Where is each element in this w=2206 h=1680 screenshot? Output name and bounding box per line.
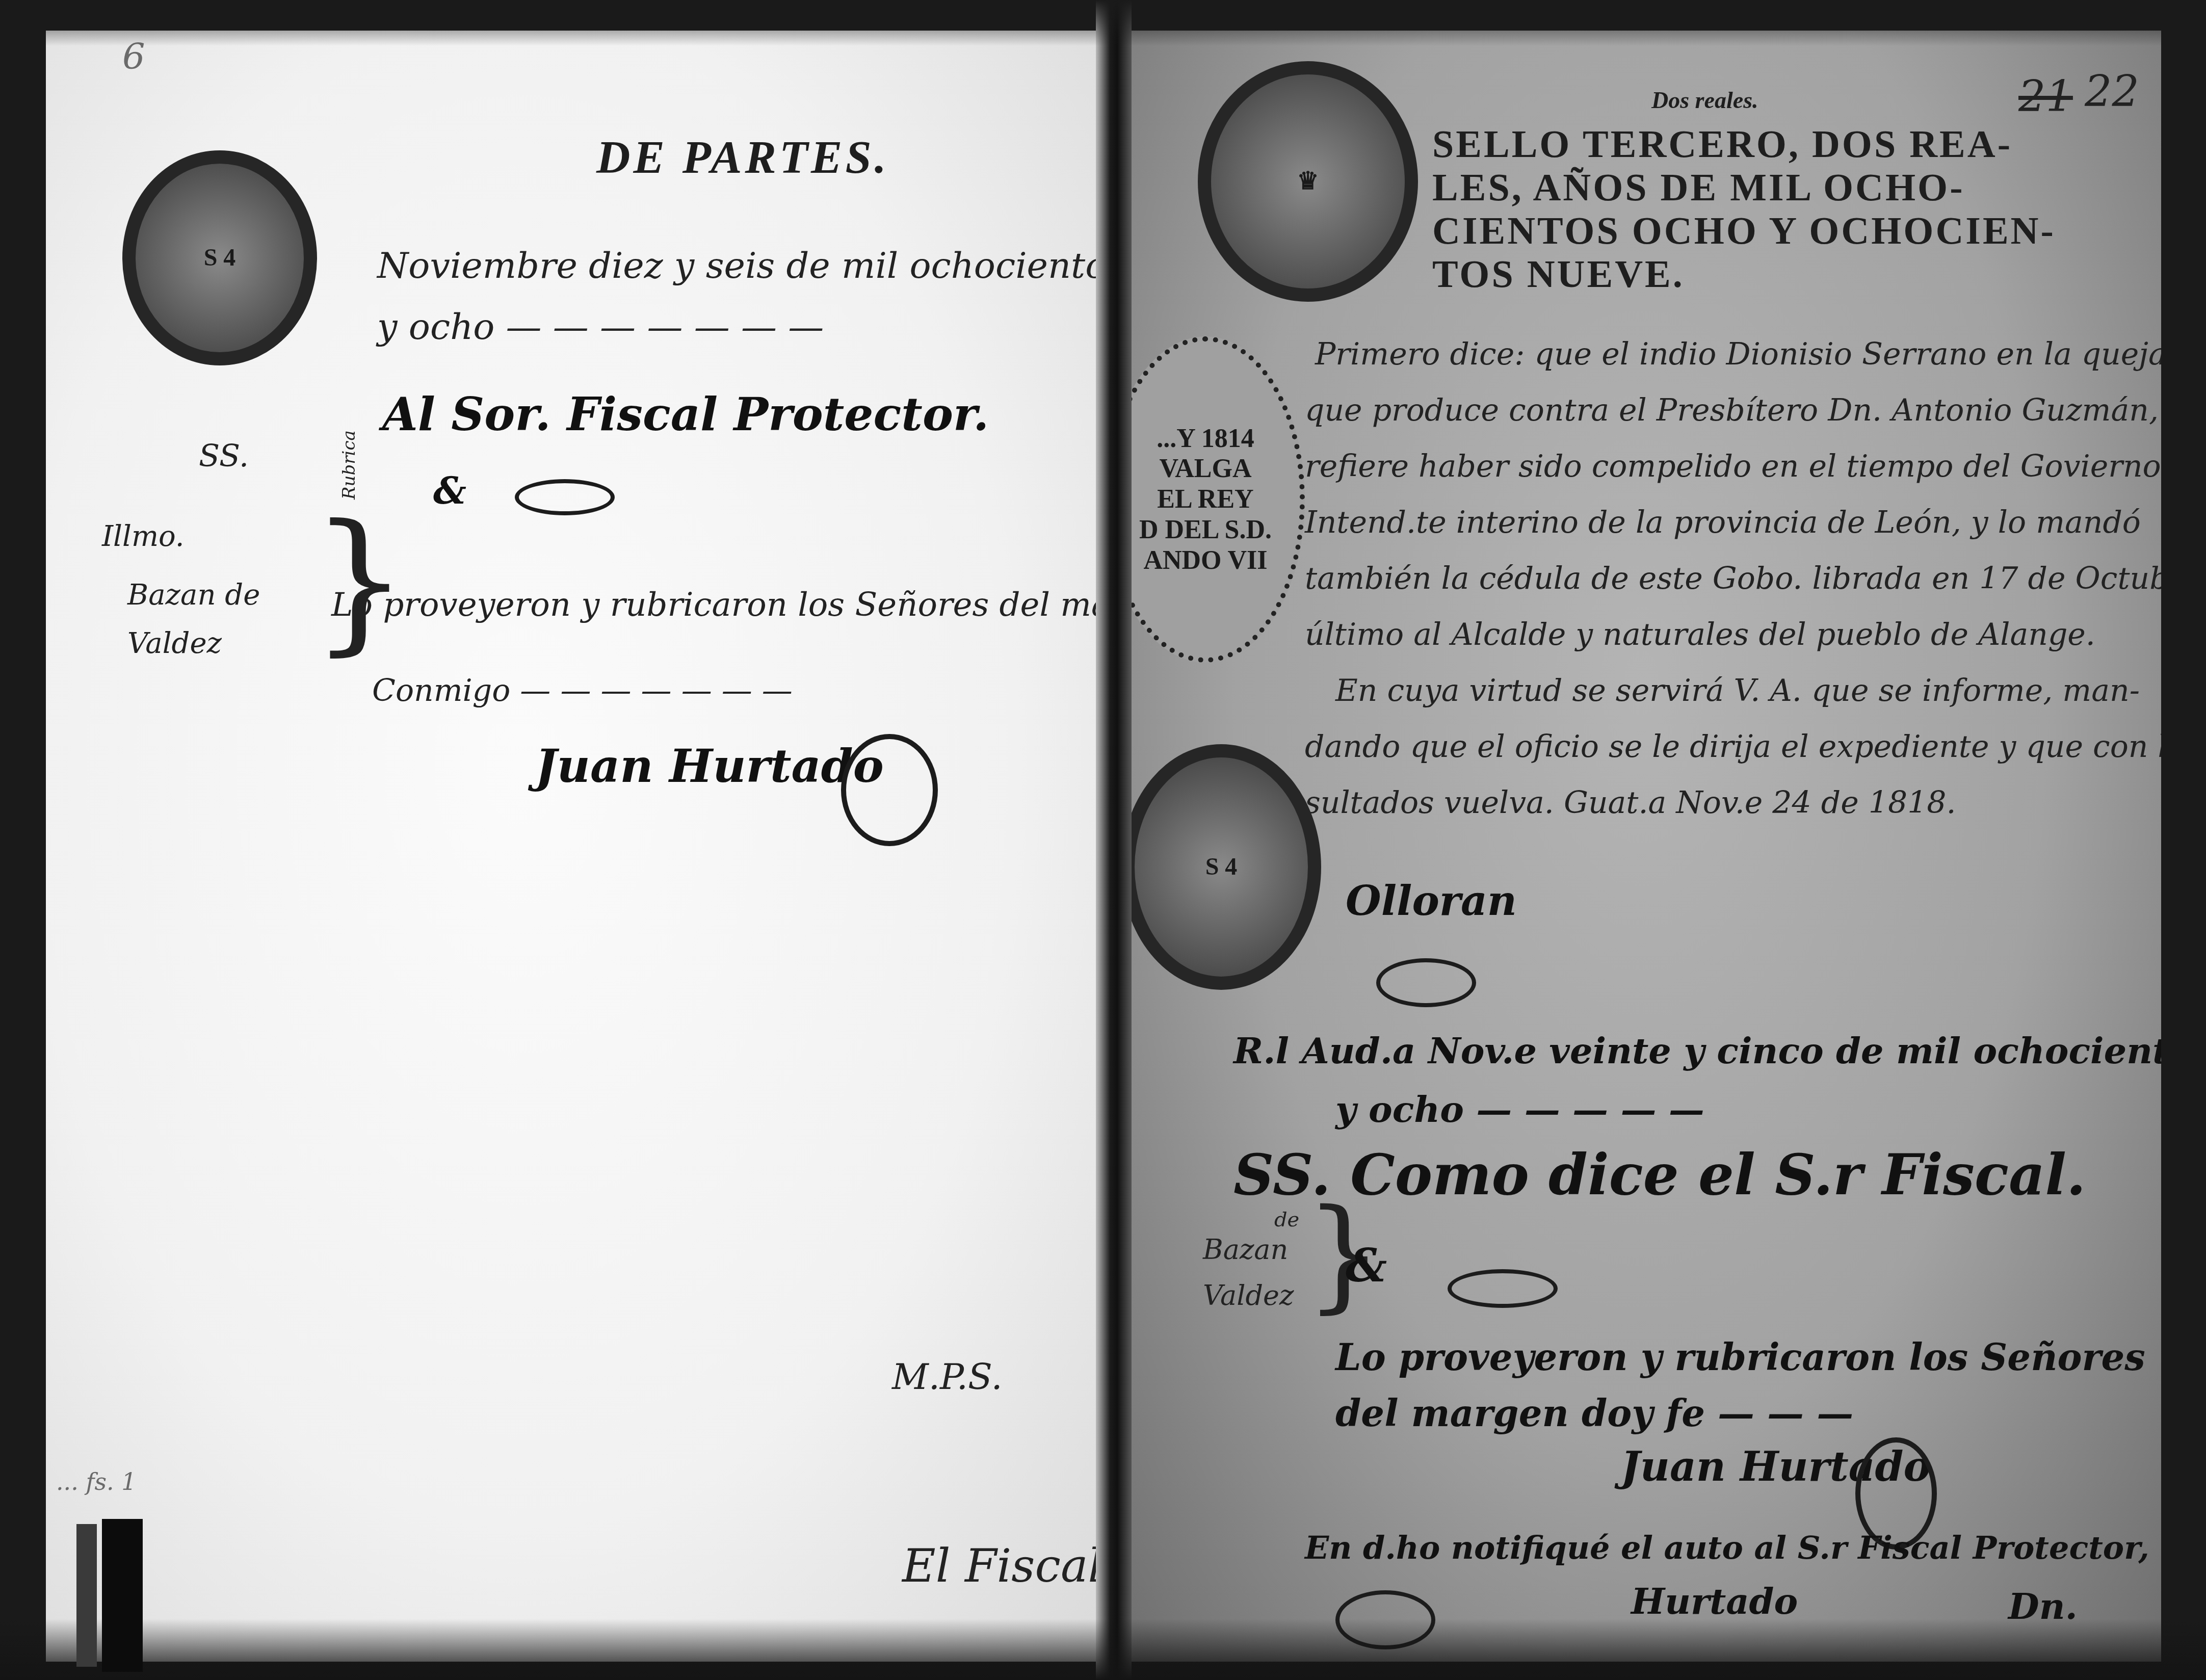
decree-line-1: R.l Aud.a Nov.e veinte y cinco de mil oc…: [1233, 1030, 2161, 1072]
margin-name-valdez: Valdez: [1203, 1279, 1294, 1311]
closing-line-2: del margen doy fe — — —: [1335, 1392, 1853, 1435]
body-line-1: Primero dice: que el indio Dionisio Serr…: [1315, 336, 2161, 372]
overstamp-seal: ...Y 1814 VALGA EL REY D DEL S.D. ANDO V…: [1121, 336, 1305, 663]
signature-flourish-icon: [841, 734, 938, 846]
rubric-mark-right: &: [1346, 1239, 1387, 1293]
price-line: Dos reales.: [1651, 87, 1758, 114]
body-line-4: Intend.te interino de la provincia de Le…: [1305, 505, 2141, 540]
official-seal-left: S 4: [122, 150, 317, 365]
margin-name-2: Bazan de: [127, 579, 260, 612]
text-line-1: Noviembre diez y seis de mil ochocientos…: [377, 245, 1106, 286]
bottom-shadow: [0, 1619, 2206, 1680]
closing-line-4: En d.ho notifiqué el auto al S.r Fiscal …: [1305, 1529, 2161, 1566]
left-page: 6 DE PARTES. S 4 Noviembre diez y seis d…: [46, 31, 1106, 1662]
signature-juan-hurtado: Juan Hurtado: [535, 739, 884, 793]
stamp-header-line-4: TOS NUEVE.: [1432, 252, 1685, 297]
seal-center-text: S 4: [204, 245, 236, 272]
royal-crest-icon: ♛: [1297, 168, 1319, 195]
overstamp-line-4: D DEL S.D.: [1121, 515, 1300, 545]
text-line-7: Conmigo — — — — — — —: [372, 673, 793, 708]
folio-number: 22: [2085, 66, 2139, 116]
body-line-8: dando que el oficio se le dirija el expe…: [1305, 729, 2161, 765]
stamp-header-line-3: CIENTOS OCHO Y OCHOCIEN-: [1432, 209, 2056, 253]
printed-header: DE PARTES.: [596, 130, 889, 184]
decree-line-2: y ocho — — — — —: [1335, 1088, 1704, 1131]
margin-rubric-label: Rubrica: [339, 430, 359, 500]
binding-strip: [102, 1519, 143, 1672]
body-line-9: sultados vuelva. Guat.a Nov.e 24 de 1818…: [1305, 785, 1956, 821]
folio-number-struck: 21: [2018, 71, 2073, 121]
margin-name-de: de: [1274, 1208, 1299, 1231]
bottom-left-note: ... fs. 1: [56, 1468, 137, 1495]
overstamp-line-5: ANDO VII: [1121, 545, 1300, 576]
overstamp-line-1: ...Y 1814: [1121, 424, 1300, 454]
rubric-mark: &: [433, 469, 466, 512]
stamp-header-line-2: LES, AÑOS DE MIL OCHO-: [1432, 166, 1965, 210]
margin-mark: SS.: [199, 438, 249, 474]
margin-name-3: Valdez: [127, 627, 222, 660]
signature-hurtado: Hurtado: [1631, 1580, 1798, 1622]
olloran-flourish-icon: [1376, 958, 1476, 1007]
text-line-2: y ocho — — — — — — —: [377, 306, 824, 348]
right-page: ♛ Dos reales. 21 22 SELLO TERCERO, DOS R…: [1121, 31, 2161, 1662]
body-line-2: que produce contra el Presbítero Dn. Ant…: [1305, 392, 2159, 428]
body-line-7: En cuya virtud se servirá V. A. que se i…: [1335, 673, 2140, 708]
body-line-5: también la cédula de este Gobo. librada …: [1305, 561, 2161, 596]
rubric-flourish-right-icon: [1448, 1269, 1558, 1308]
text-line-6: Lo proveyeron y rubricaron los Señores d…: [331, 586, 1106, 624]
top-shadow: [0, 0, 2206, 46]
closing-line-1: Lo proveyeron y rubricaron los Señores: [1335, 1335, 2145, 1379]
margin-name-bazan: Bazan: [1203, 1233, 1288, 1266]
signature-el-fiscal: El Fiscal: [902, 1539, 1102, 1593]
overstamp-line-3: EL REY: [1121, 484, 1300, 515]
official-seal-lower: S 4: [1121, 744, 1321, 990]
book-gutter: [1096, 0, 1132, 1680]
margin-brace: }: [311, 505, 408, 658]
binding-strip-faint: [76, 1524, 97, 1667]
body-line-3: refiere haber sido compelido en el tiemp…: [1305, 449, 2161, 484]
margin-name-1: Illmo.: [102, 520, 185, 553]
text-line-3: Al Sor. Fiscal Protector.: [382, 387, 989, 441]
seal-lower-center-text: S 4: [1205, 854, 1238, 881]
rubric-flourish-icon: [515, 479, 615, 515]
manuscript-spread: 6 DE PARTES. S 4 Noviembre diez y seis d…: [0, 0, 2206, 1680]
royal-stamp-seal: ♛: [1198, 61, 1418, 302]
signature-mps: M.P.S.: [892, 1356, 1003, 1398]
stamp-header-line-1: SELLO TERCERO, DOS REA-: [1432, 122, 2012, 167]
signature-olloran: Olloran: [1346, 877, 1517, 925]
overstamp-line-2: VALGA: [1121, 454, 1300, 484]
body-line-6: último al Alcalde y naturales del pueblo…: [1305, 617, 2095, 652]
